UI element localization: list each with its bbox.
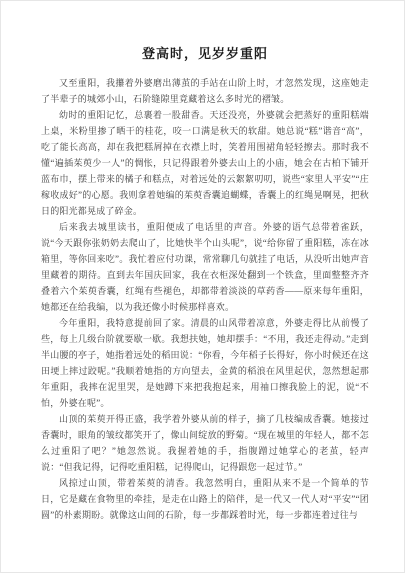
paragraph-3: 后来我去城里读书，重阳便成了电话里的声音。外婆的语气总带着雀跃，说“今天跟你张奶… (41, 219, 369, 315)
document-page: 登高时，见岁岁重阳 又至重阳，我攥着外婆磨出薄茧的手站在山阶上时，才忽然发现，这… (0, 0, 405, 573)
paragraph-5: 山顶的茱萸开得正盛，我学着外婆从前的样子，摘了几枝编成香囊。她接过香囊时，眼角的… (41, 411, 369, 475)
document-title: 登高时，见岁岁重阳 (41, 45, 369, 63)
paragraph-6: 风掠过山顶，带着茱萸的清香。我忽然明白，重阳从来不是一个简单的节日，它是藏在食物… (41, 475, 369, 523)
paragraph-1: 又至重阳，我攥着外婆磨出薄茧的手站在山阶上时，才忽然发现，这座她走了半辈子的城郊… (41, 75, 369, 107)
paragraph-4: 今年重阳，我特意提前回了家。清晨的山风带着凉意，外婆走得比从前慢了些，每上几级台… (41, 315, 369, 411)
paragraph-2: 幼时的重阳记忆，总裹着一股甜香。天还没亮，外婆就会把蒸好的重阳糕端上桌，米粉里掺… (41, 107, 369, 219)
